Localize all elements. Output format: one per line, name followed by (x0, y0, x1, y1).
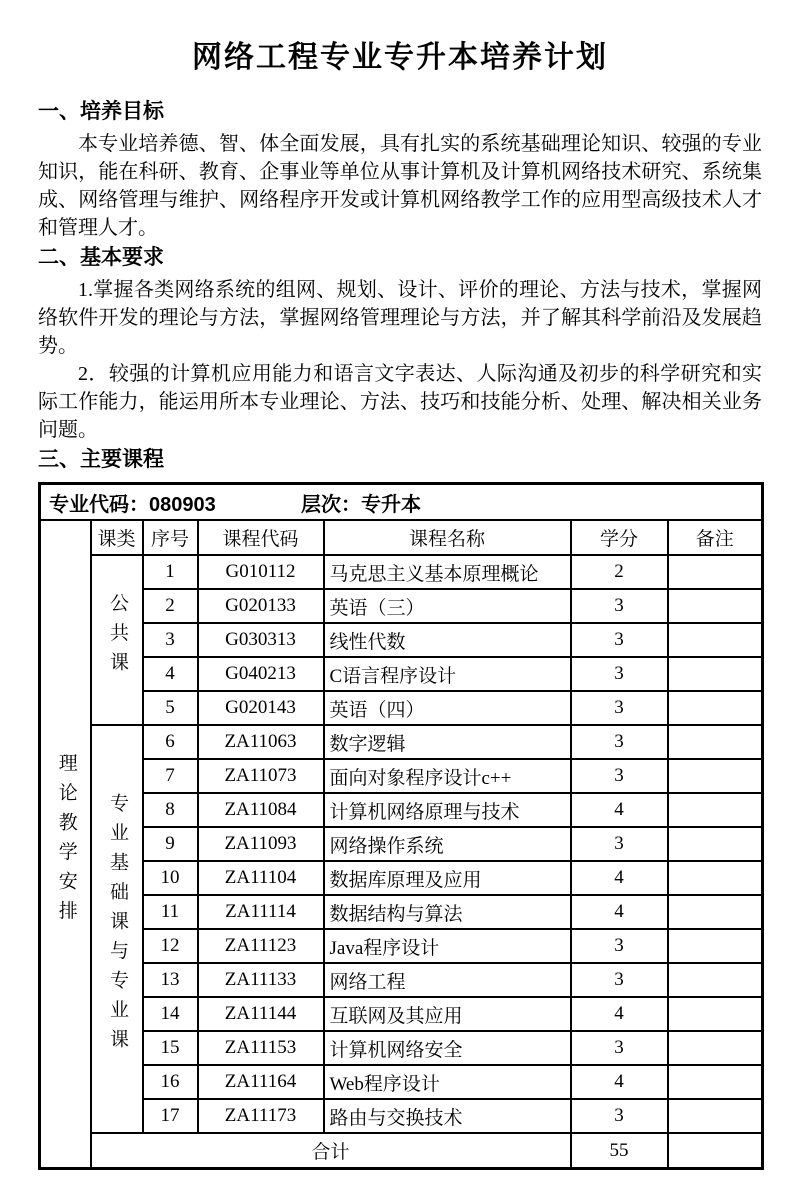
major-code-label: 专业代码：080903 (49, 488, 301, 517)
course-code-cell: ZA11073 (198, 759, 324, 793)
course-code-cell: ZA11123 (198, 929, 324, 963)
course-name-cell: 路由与交换技术 (324, 1099, 571, 1133)
course-row: 3G030313线性代数3 (40, 623, 763, 657)
course-remark-cell (668, 861, 763, 895)
course-row: 15ZA11153计算机网络安全3 (40, 1031, 763, 1065)
course-name-cell: Java程序设计 (324, 929, 571, 963)
category-label: 公共课 (106, 593, 127, 681)
course-remark-cell (668, 827, 763, 861)
requirement-item-2: 2．较强的计算机应用能力和语言文字表达、人际沟通及初步的科学研究和实际工作能力，… (38, 360, 762, 444)
course-name-cell: 网络工程 (324, 963, 571, 997)
course-row: 14ZA11144互联网及其应用4 (40, 997, 763, 1031)
course-name-cell: 网络操作系统 (324, 827, 571, 861)
course-remark-cell (668, 759, 763, 793)
course-number-cell: 16 (143, 1065, 198, 1099)
column-header-number: 序号 (143, 520, 198, 555)
course-remark-cell (668, 1031, 763, 1065)
category-label: 专业基础课与专业课 (106, 793, 127, 1058)
column-header-code: 课程代码 (198, 520, 324, 555)
course-remark-cell (668, 997, 763, 1031)
course-code-cell: ZA11084 (198, 793, 324, 827)
course-credits-cell: 3 (571, 657, 668, 691)
course-remark-cell (668, 929, 763, 963)
course-row: 13ZA11133网络工程3 (40, 963, 763, 997)
course-code-cell: G020143 (198, 691, 324, 725)
course-credits-cell: 4 (571, 1065, 668, 1099)
row-group-cell: 理论教学安排 (40, 520, 91, 1169)
course-name-cell: C语言程序设计 (324, 657, 571, 691)
course-number-cell: 2 (143, 589, 198, 623)
course-code-cell: G010112 (198, 555, 324, 589)
section-heading-objectives: 一、培养目标 (38, 100, 762, 124)
course-row: 7ZA11073面向对象程序设计c++3 (40, 759, 763, 793)
course-remark-cell (668, 691, 763, 725)
column-header-category: 课类 (91, 520, 143, 555)
course-remark-cell (668, 623, 763, 657)
course-row: 专业基础课与专业课6ZA11063数字逻辑3 (40, 725, 763, 759)
course-credits-cell: 4 (571, 861, 668, 895)
course-code-cell: ZA11093 (198, 827, 324, 861)
course-number-cell: 9 (143, 827, 198, 861)
course-number-cell: 1 (143, 555, 198, 589)
course-name-cell: 线性代数 (324, 623, 571, 657)
row-group-label: 理论教学安排 (55, 753, 76, 930)
course-name-cell: Web程序设计 (324, 1065, 571, 1099)
column-header-name: 课程名称 (324, 520, 571, 555)
course-remark-cell (668, 725, 763, 759)
document-page: { "doc": { "title": "网络工程专业专升本培养计划" }, "… (0, 0, 800, 1200)
course-credits-cell: 3 (571, 827, 668, 861)
course-number-cell: 6 (143, 725, 198, 759)
course-number-cell: 12 (143, 929, 198, 963)
course-number-cell: 11 (143, 895, 198, 929)
course-credits-cell: 3 (571, 623, 668, 657)
course-name-cell: 计算机网络原理与技术 (324, 793, 571, 827)
total-credits-cell: 55 (571, 1133, 668, 1169)
column-header-credits: 学分 (571, 520, 668, 555)
total-row: 合计 55 (40, 1133, 763, 1169)
course-row: 8ZA11084计算机网络原理与技术4 (40, 793, 763, 827)
course-name-cell: 英语（四） (324, 691, 571, 725)
course-number-cell: 5 (143, 691, 198, 725)
course-row: 公共课1G010112马克思主义基本原理概论2 (40, 555, 763, 589)
page-title: 网络工程专业专升本培养计划 (38, 38, 762, 78)
objectives-paragraph: 本专业培养德、智、体全面发展，具有扎实的系统基础理论知识、较强的专业知识，能在科… (38, 130, 762, 242)
course-number-cell: 14 (143, 997, 198, 1031)
course-remark-cell (668, 1099, 763, 1133)
course-row: 11ZA11114数据结构与算法4 (40, 895, 763, 929)
course-remark-cell (668, 589, 763, 623)
course-number-cell: 10 (143, 861, 198, 895)
course-number-cell: 15 (143, 1031, 198, 1065)
course-credits-cell: 3 (571, 589, 668, 623)
category-cell: 专业基础课与专业课 (91, 725, 143, 1133)
course-name-cell: 英语（三） (324, 589, 571, 623)
course-name-cell: 数据库原理及应用 (324, 861, 571, 895)
course-number-cell: 17 (143, 1099, 198, 1133)
table-info-row: 专业代码：080903层次：专升本 (40, 484, 763, 521)
course-code-cell: ZA11114 (198, 895, 324, 929)
course-remark-cell (668, 793, 763, 827)
course-code-cell: G040213 (198, 657, 324, 691)
course-code-cell: G030313 (198, 623, 324, 657)
course-row: 9ZA11093网络操作系统3 (40, 827, 763, 861)
course-name-cell: 数字逻辑 (324, 725, 571, 759)
course-credits-cell: 2 (571, 555, 668, 589)
course-name-cell: 互联网及其应用 (324, 997, 571, 1031)
table-info-cell: 专业代码：080903层次：专升本 (40, 484, 763, 521)
course-code-cell: ZA11164 (198, 1065, 324, 1099)
course-credits-cell: 3 (571, 963, 668, 997)
table-header-row: 理论教学安排 课类 序号 课程代码 课程名称 学分 备注 (40, 520, 763, 555)
course-name-cell: 面向对象程序设计c++ (324, 759, 571, 793)
course-code-cell: ZA11173 (198, 1099, 324, 1133)
course-code-cell: ZA11153 (198, 1031, 324, 1065)
course-code-cell: ZA11144 (198, 997, 324, 1031)
course-remark-cell (668, 657, 763, 691)
course-row: 4G040213C语言程序设计3 (40, 657, 763, 691)
course-credits-cell: 3 (571, 691, 668, 725)
course-remark-cell (668, 895, 763, 929)
course-code-cell: ZA11133 (198, 963, 324, 997)
course-name-cell: 计算机网络安全 (324, 1031, 571, 1065)
total-remark-cell (668, 1133, 763, 1169)
level-label: 层次：专升本 (301, 494, 421, 516)
course-credits-cell: 3 (571, 929, 668, 963)
course-row: 12ZA11123Java程序设计3 (40, 929, 763, 963)
total-label-cell: 合计 (91, 1133, 571, 1169)
course-credits-cell: 3 (571, 1099, 668, 1133)
course-row: 17ZA11173路由与交换技术3 (40, 1099, 763, 1133)
course-remark-cell (668, 1065, 763, 1099)
course-number-cell: 8 (143, 793, 198, 827)
requirement-item-1: 1.掌握各类网络系统的组网、规划、设计、评价的理论、方法与技术，掌握网络软件开发… (38, 276, 762, 360)
course-table: 专业代码：080903层次：专升本 理论教学安排 课类 序号 课程代码 课程名称… (38, 482, 764, 1170)
course-remark-cell (668, 963, 763, 997)
course-name-cell: 数据结构与算法 (324, 895, 571, 929)
course-row: 10ZA11104数据库原理及应用4 (40, 861, 763, 895)
section-heading-courses: 三、主要课程 (38, 448, 762, 472)
course-code-cell: G020133 (198, 589, 324, 623)
course-name-cell: 马克思主义基本原理概论 (324, 555, 571, 589)
course-credits-cell: 3 (571, 1031, 668, 1065)
course-remark-cell (668, 555, 763, 589)
course-credits-cell: 4 (571, 793, 668, 827)
course-credits-cell: 3 (571, 725, 668, 759)
course-code-cell: ZA11063 (198, 725, 324, 759)
course-number-cell: 7 (143, 759, 198, 793)
column-header-remark: 备注 (668, 520, 763, 555)
section-heading-requirements: 二、基本要求 (38, 246, 762, 270)
course-number-cell: 4 (143, 657, 198, 691)
course-credits-cell: 4 (571, 895, 668, 929)
course-number-cell: 13 (143, 963, 198, 997)
course-credits-cell: 3 (571, 759, 668, 793)
course-row: 5G020143英语（四）3 (40, 691, 763, 725)
course-code-cell: ZA11104 (198, 861, 324, 895)
course-number-cell: 3 (143, 623, 198, 657)
course-credits-cell: 4 (571, 997, 668, 1031)
course-row: 16ZA11164Web程序设计4 (40, 1065, 763, 1099)
course-row: 2G020133英语（三）3 (40, 589, 763, 623)
category-cell: 公共课 (91, 555, 143, 725)
